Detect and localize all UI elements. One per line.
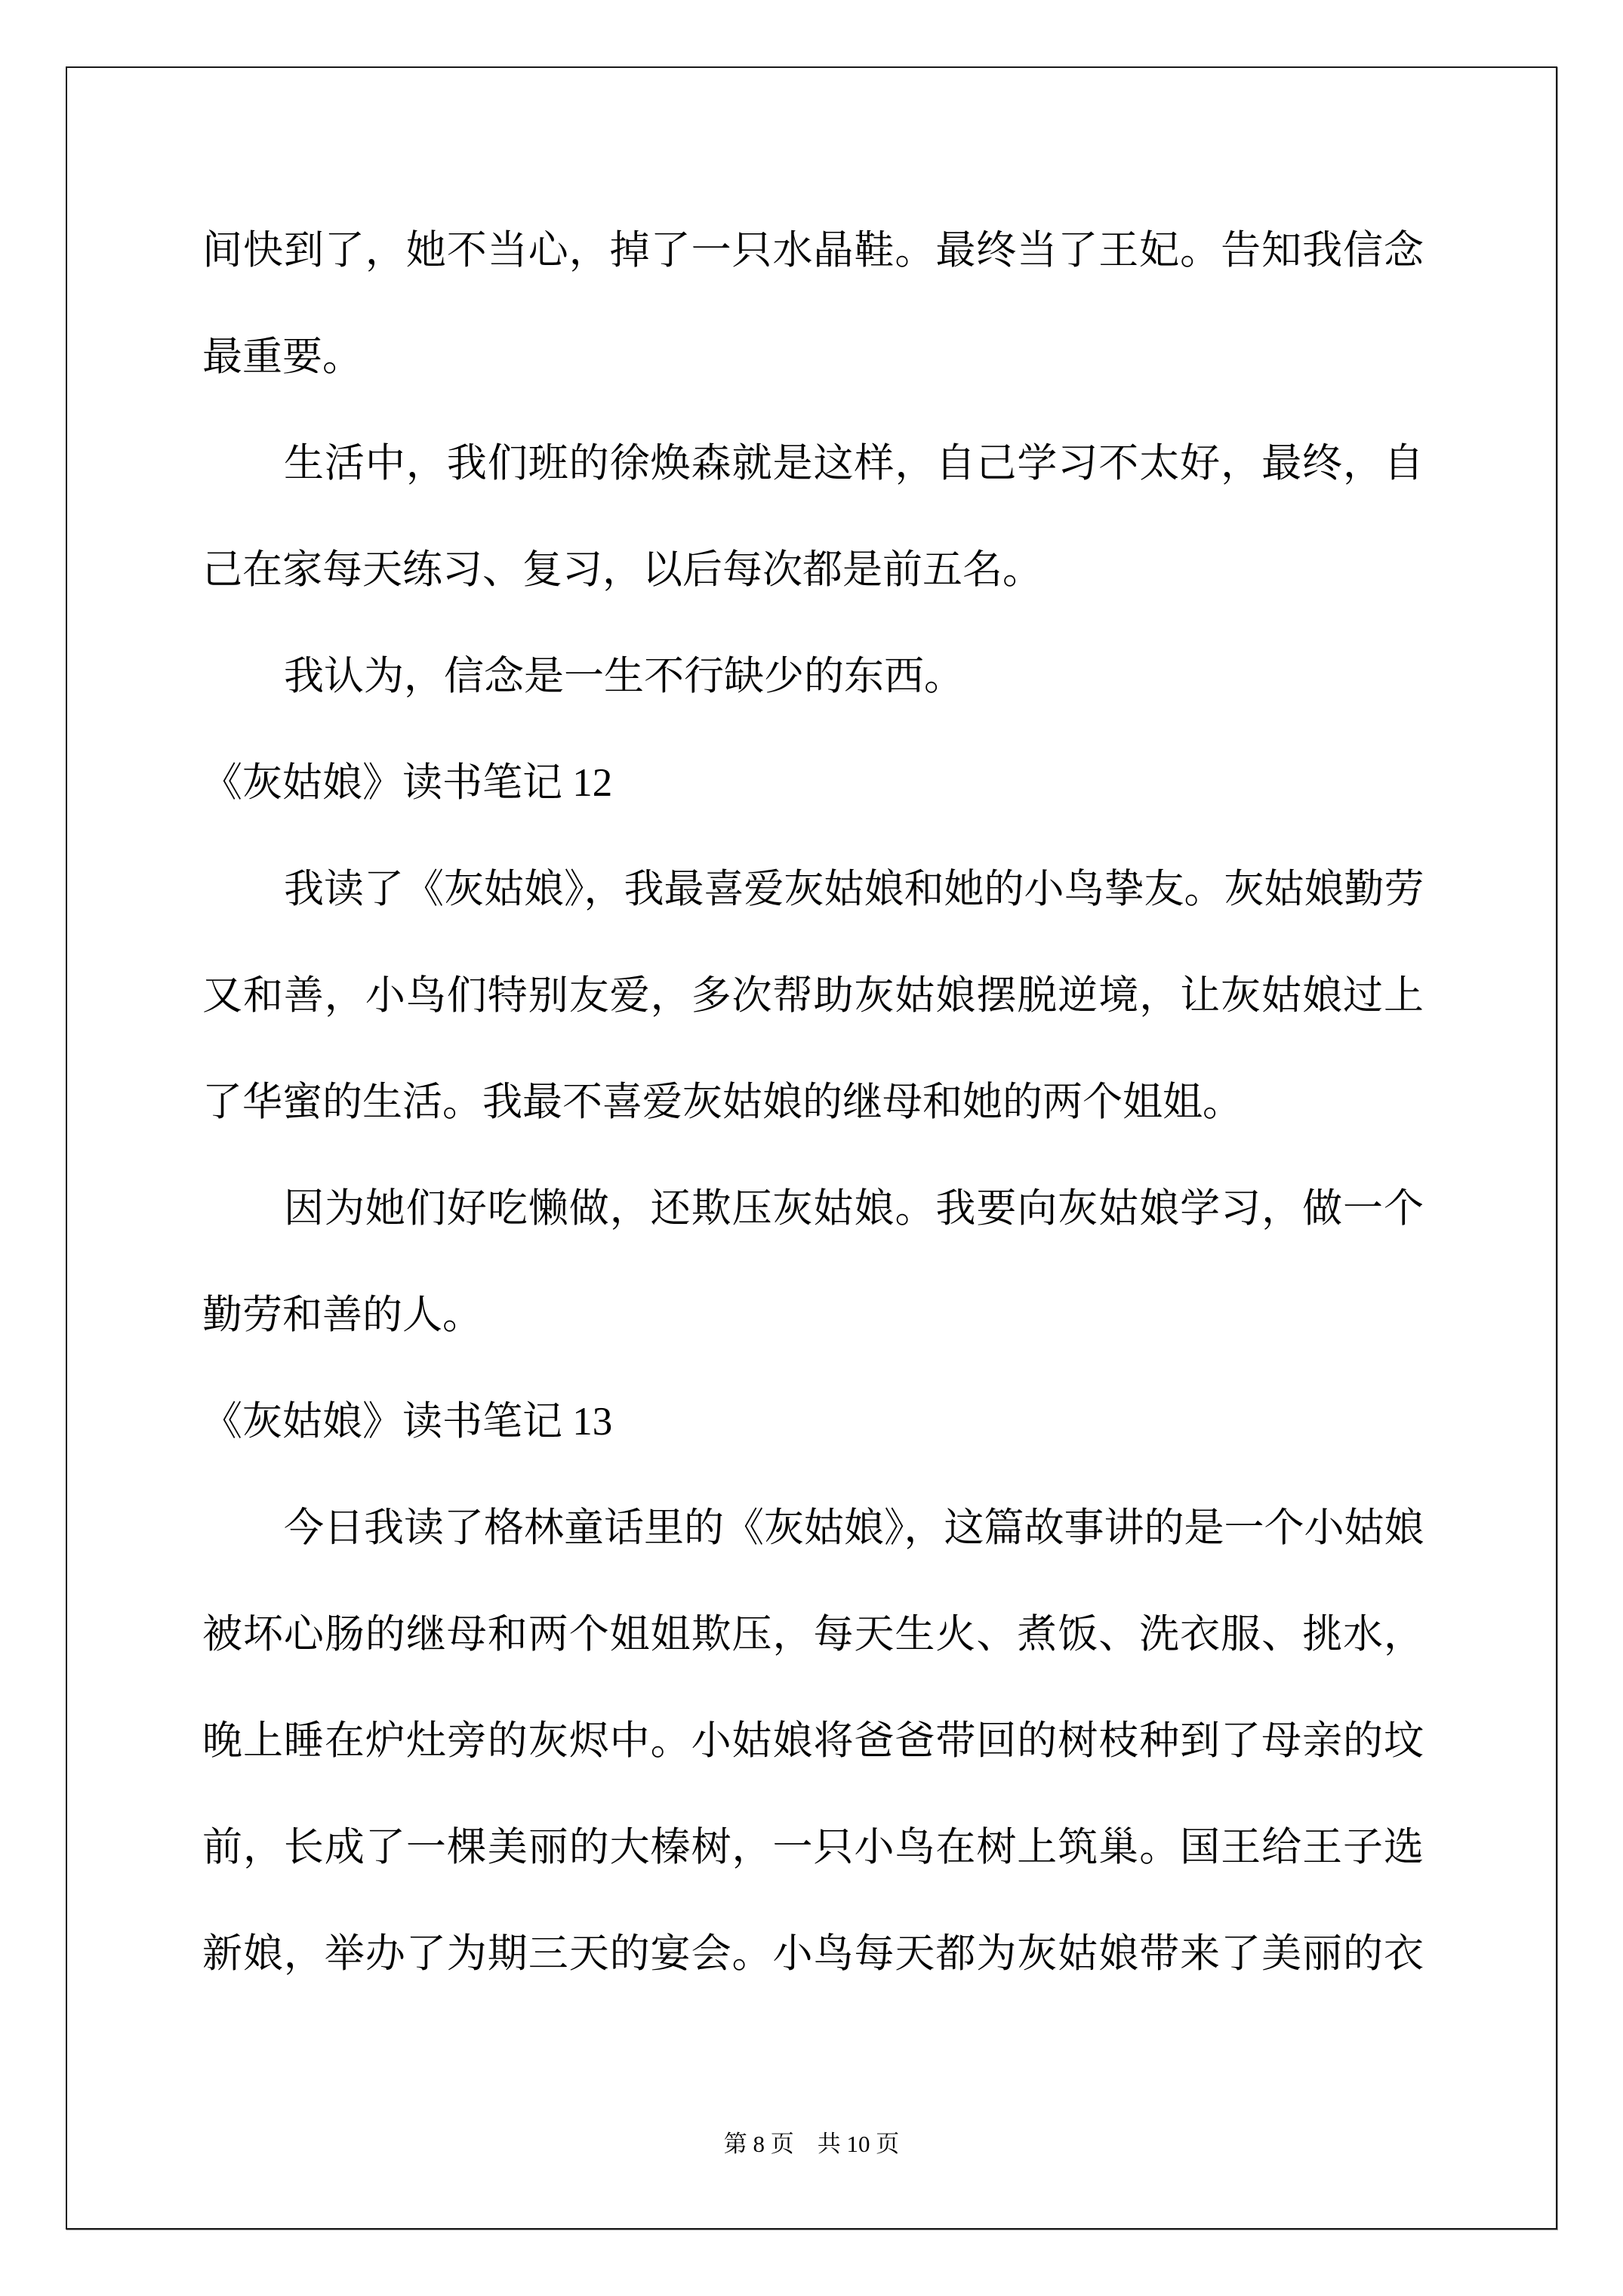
paragraph-first-line: 我认为，信念是一生不行缺少的东西。 [202,645,1424,751]
body-line: 了华蜜的生活。我最不喜爱灰姑娘的继母和她的两个姐姐。 [202,1071,1424,1177]
body-line: 勤劳和善的人。 [202,1284,1424,1390]
body-line: 晚上睡在炉灶旁的灰烬中。小姑娘将爸爸带回的树枝种到了母亲的坟 [202,1709,1424,1816]
body-line: 己在家每天练习、复习，以后每次都是前五名。 [202,538,1424,645]
section-heading-12: 《灰姑娘》读书笔记 12 [202,751,1424,858]
body-line: 间快到了，她不当心，掉了一只水晶鞋。最终当了王妃。告知我信念 [202,219,1424,325]
paragraph-first-line: 今日我读了格林童话里的《灰姑娘》，这篇故事讲的是一个小姑娘 [202,1496,1424,1603]
body-line: 前，长成了一棵美丽的大榛树，一只小鸟在树上筑巢。国王给王子选 [202,1816,1424,1922]
page-number-footer: 第 8 页 共 10 页 [0,2128,1623,2161]
paragraph-first-line: 我读了《灰姑娘》，我最喜爱灰姑娘和她的小鸟挚友。灰姑娘勤劳 [202,858,1424,964]
section-heading-13: 《灰姑娘》读书笔记 13 [202,1390,1424,1496]
body-line: 新娘，举办了为期三天的宴会。小鸟每天都为灰姑娘带来了美丽的衣 [202,1922,1424,2029]
paragraph-first-line: 生活中，我们班的徐焕森就是这样，自己学习不太好，最终，自 [202,432,1424,538]
paragraph-first-line: 因为她们好吃懒做，还欺压灰姑娘。我要向灰姑娘学习，做一个 [202,1177,1424,1284]
body-line: 最重要。 [202,325,1424,432]
body-line: 又和善，小鸟们特别友爱，多次帮助灰姑娘摆脱逆境，让灰姑娘过上 [202,964,1424,1071]
document-body: 间快到了，她不当心，掉了一只水晶鞋。最终当了王妃。告知我信念 最重要。 生活中，… [202,219,1424,2029]
body-line: 被坏心肠的继母和两个姐姐欺压，每天生火、煮饭、洗衣服、挑水， [202,1603,1424,1709]
